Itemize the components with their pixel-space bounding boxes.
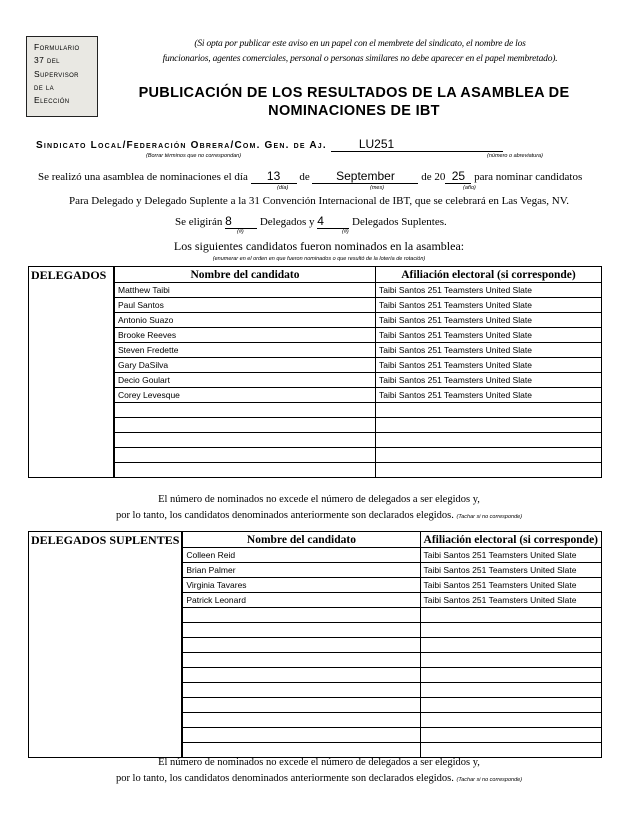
table-section-label: DELEGADOS (29, 267, 115, 478)
declaration-hint: (Tachar si no corresponde) (457, 777, 523, 783)
title-line: PUBLICACIÓN DE LOS RESULTADOS DE LA ASAM… (104, 84, 604, 102)
elect-line: Se eligirán 8 Delegados y 4 Delegados Su… (175, 215, 447, 229)
affiliation-cell[interactable]: Taibi Santos 251 Teamsters United Slate (376, 358, 602, 373)
page-title: PUBLICACIÓN DE LOS RESULTADOS DE LA ASAM… (104, 84, 604, 120)
affiliation-cell[interactable]: Taibi Santos 251 Teamsters United Slate (420, 548, 601, 563)
declaration-hint: (Tachar si no corresponde) (457, 514, 523, 520)
delegates-table: DELEGADOSNombre del candidatoAfiliación … (28, 266, 602, 478)
affiliation-cell[interactable] (376, 463, 602, 478)
affiliation-cell[interactable]: Taibi Santos 251 Teamsters United Slate (420, 563, 601, 578)
delegates-count-field[interactable]: 8 (225, 215, 257, 229)
day-hint: (día) (277, 185, 288, 191)
note-line: funcionarios, agentes comerciales, perso… (100, 52, 620, 67)
candidate-name-cell[interactable]: Virginia Tavares (182, 578, 420, 593)
affiliation-cell[interactable]: Taibi Santos 251 Teamsters United Slate (376, 328, 602, 343)
affiliation-cell[interactable]: Taibi Santos 251 Teamsters United Slate (376, 388, 602, 403)
form-box-line: Supervisor (34, 68, 97, 81)
table-row (29, 433, 602, 448)
table-row: Gary DaSilvaTaibi Santos 251 Teamsters U… (29, 358, 602, 373)
candidate-name-cell[interactable] (182, 728, 420, 743)
affiliation-cell[interactable] (376, 403, 602, 418)
form-box-line: 37 del (34, 54, 97, 67)
table-row: Matthew TaibiTaibi Santos 251 Teamsters … (29, 283, 602, 298)
table-row (29, 418, 602, 433)
affiliation-cell[interactable] (376, 418, 602, 433)
declaration-line: por lo tanto, los candidatos denominados… (116, 510, 454, 521)
note-line: (Si opta por publicar este aviso en un p… (100, 37, 620, 52)
table-row (29, 463, 602, 478)
affiliation-cell[interactable] (420, 698, 601, 713)
form-box-line: Elección (34, 94, 97, 107)
table-header-row: DELEGADOSNombre del candidatoAfiliación … (29, 267, 602, 283)
table-row (29, 403, 602, 418)
candidate-name-cell[interactable] (182, 683, 420, 698)
union-label: Sindicato Local/Federación Obrera/Com. G… (36, 140, 327, 151)
delegates-count-hint: (#) (237, 229, 244, 235)
meeting-de: de (299, 171, 309, 183)
affiliation-cell[interactable] (420, 638, 601, 653)
affiliation-cell[interactable] (420, 668, 601, 683)
meeting-year-prefix: de 20 (421, 171, 445, 183)
affiliation-cell[interactable] (420, 623, 601, 638)
table-row: Corey LevesqueTaibi Santos 251 Teamsters… (29, 388, 602, 403)
delegates-declaration: El número de nominados no excede el núme… (0, 492, 638, 525)
candidate-name-cell[interactable]: Colleen Reid (182, 548, 420, 563)
affiliation-cell[interactable]: Taibi Santos 251 Teamsters United Slate (376, 298, 602, 313)
alternates-declaration: El número de nominados no excede el núme… (0, 755, 638, 788)
union-number-hint: (número o abreviatura) (487, 153, 543, 159)
candidate-name-cell[interactable]: Steven Fredette (114, 343, 376, 358)
letterhead-note: (Si opta por publicar este aviso en un p… (100, 37, 620, 67)
candidate-name-cell[interactable] (182, 608, 420, 623)
column-header-affiliation: Afiliación electoral (si corresponde) (420, 532, 601, 548)
table-row: Paul SantosTaibi Santos 251 Teamsters Un… (29, 298, 602, 313)
candidate-name-cell[interactable] (182, 713, 420, 728)
affiliation-cell[interactable] (420, 608, 601, 623)
affiliation-cell[interactable]: Taibi Santos 251 Teamsters United Slate (376, 343, 602, 358)
year-field[interactable]: 25 (445, 170, 471, 184)
affiliation-cell[interactable]: Taibi Santos 251 Teamsters United Slate (376, 313, 602, 328)
affiliation-cell[interactable] (376, 448, 602, 463)
month-hint: (mes) (370, 185, 384, 191)
alternates-count-field[interactable]: 4 (317, 215, 349, 229)
candidate-name-cell[interactable]: Corey Levesque (114, 388, 376, 403)
affiliation-cell[interactable]: Taibi Santos 251 Teamsters United Slate (420, 593, 601, 608)
declaration-line: El número de nominados no excede el núme… (0, 755, 638, 771)
alternates-count-hint: (#) (342, 229, 349, 235)
day-field[interactable]: 13 (251, 170, 297, 184)
candidate-name-cell[interactable]: Paul Santos (114, 298, 376, 313)
table-row (29, 448, 602, 463)
elect-mid: Delegados y (260, 216, 315, 228)
union-line: Sindicato Local/Federación Obrera/Com. G… (36, 138, 503, 152)
table-row: Brooke ReevesTaibi Santos 251 Teamsters … (29, 328, 602, 343)
meeting-line: Se realizó una asamblea de nominaciones … (38, 170, 582, 184)
declaration-line: por lo tanto, los candidatos denominados… (116, 773, 454, 784)
union-hint: (Borrar términos que no correspondan) (146, 153, 241, 159)
elect-prefix: Se eligirán (175, 216, 222, 228)
affiliation-cell[interactable]: Taibi Santos 251 Teamsters United Slate (420, 578, 601, 593)
affiliation-cell[interactable] (376, 433, 602, 448)
candidate-name-cell[interactable]: Patrick Leonard (182, 593, 420, 608)
affiliation-cell[interactable]: Taibi Santos 251 Teamsters United Slate (376, 373, 602, 388)
candidate-name-cell[interactable] (114, 448, 376, 463)
year-hint: (año) (463, 185, 476, 191)
candidate-name-cell[interactable] (182, 698, 420, 713)
candidate-name-cell[interactable] (114, 463, 376, 478)
form-box-line: Formulario (34, 41, 97, 54)
declaration-line: El número de nominados no excede el núme… (0, 492, 638, 508)
affiliation-cell[interactable] (420, 653, 601, 668)
nominated-hint: (enumerar en el orden en que fueron nomi… (0, 256, 638, 262)
table-section-label: DELEGADOS SUPLENTES (29, 532, 183, 758)
column-header-name: Nombre del candidato (182, 532, 420, 548)
elect-suffix: Delegados Suplentes. (352, 216, 447, 228)
candidate-name-cell[interactable] (114, 403, 376, 418)
candidate-name-cell[interactable] (114, 433, 376, 448)
convention-line: Para Delegado y Delegado Suplente a la 3… (0, 195, 638, 207)
affiliation-cell[interactable] (420, 683, 601, 698)
candidate-name-cell[interactable] (182, 668, 420, 683)
nominated-heading: Los siguientes candidatos fueron nominad… (0, 239, 638, 254)
title-line: NOMINACIONES DE IBT (104, 102, 604, 120)
month-field[interactable]: September (312, 170, 418, 184)
union-field[interactable]: LU251 (331, 138, 503, 152)
table-row: Steven FredetteTaibi Santos 251 Teamster… (29, 343, 602, 358)
table-header-row: DELEGADOS SUPLENTESNombre del candidatoA… (29, 532, 602, 548)
column-header-affiliation: Afiliación electoral (si corresponde) (376, 267, 602, 283)
candidate-name-cell[interactable] (114, 418, 376, 433)
affiliation-cell[interactable] (420, 713, 601, 728)
candidate-name-cell[interactable]: Brooke Reeves (114, 328, 376, 343)
table-row: Antonio SuazoTaibi Santos 251 Teamsters … (29, 313, 602, 328)
table-row: Decio GoulartTaibi Santos 251 Teamsters … (29, 373, 602, 388)
affiliation-cell[interactable]: Taibi Santos 251 Teamsters United Slate (376, 283, 602, 298)
affiliation-cell[interactable] (420, 728, 601, 743)
candidate-name-cell[interactable]: Matthew Taibi (114, 283, 376, 298)
form-box-line: de la (34, 81, 97, 94)
candidate-name-cell[interactable]: Decio Goulart (114, 373, 376, 388)
candidate-name-cell[interactable]: Antonio Suazo (114, 313, 376, 328)
meeting-suffix: para nominar candidatos (474, 171, 582, 183)
alternates-table: DELEGADOS SUPLENTESNombre del candidatoA… (28, 531, 602, 758)
column-header-name: Nombre del candidato (114, 267, 376, 283)
meeting-prefix: Se realizó una asamblea de nominaciones … (38, 171, 248, 183)
candidate-name-cell[interactable]: Brian Palmer (182, 563, 420, 578)
candidate-name-cell[interactable] (182, 638, 420, 653)
form-number-box: Formulario 37 del Supervisor de la Elecc… (26, 36, 98, 117)
candidate-name-cell[interactable] (182, 653, 420, 668)
candidate-name-cell[interactable] (182, 623, 420, 638)
candidate-name-cell[interactable]: Gary DaSilva (114, 358, 376, 373)
